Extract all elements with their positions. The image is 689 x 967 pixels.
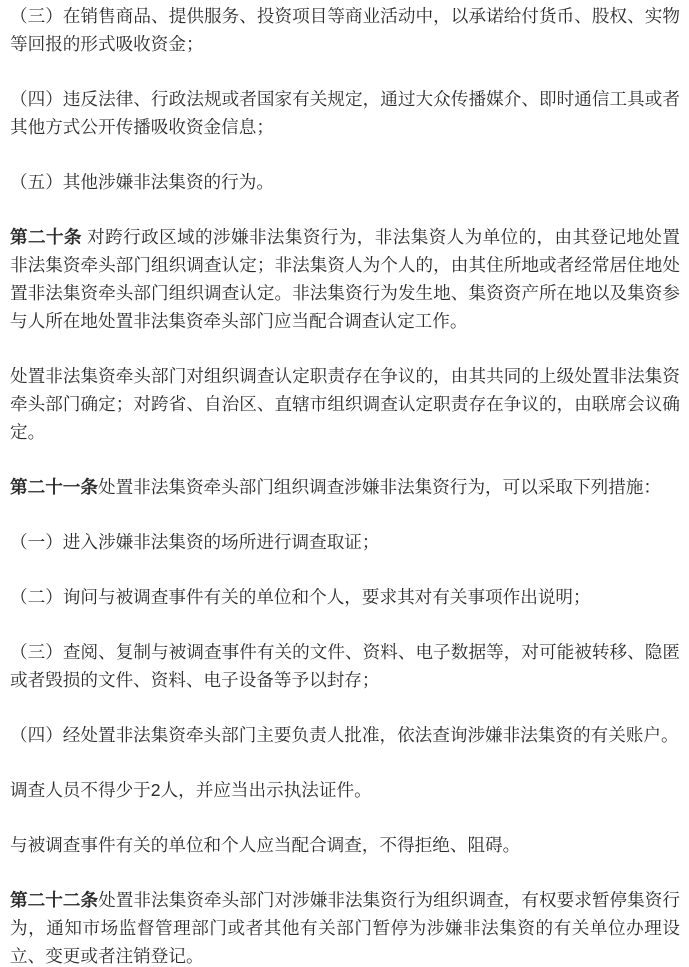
paragraph-text: （二）询问与被调查事件有关的单位和个人，要求其对有关事项作出说明； (10, 587, 591, 607)
article-20-number: 第二十条 (10, 227, 82, 247)
paragraph-text: 调查人员不得少于2人，并应当出示执法证件。 (10, 780, 372, 800)
paragraph-text: 处置非法集资牵头部门对组织调查认定职责存在争议的，由其共同的上级处置非法集资牵头… (10, 366, 680, 442)
article-20-paragraph: 第二十条 对跨行政区域的涉嫌非法集资行为，非法集资人为单位的，由其登记地处置非法… (10, 223, 680, 335)
list-item-1: （一）进入涉嫌非法集资的场所进行调查取证； (10, 528, 680, 556)
list-item-3: （三）在销售商品、提供服务、投资项目等商业活动中，以承诺给付货币、股权、实物等回… (10, 2, 680, 58)
article-21-paragraph-3: 与被调查事件有关的单位和个人应当配合调查，不得拒绝、阻碍。 (10, 831, 680, 859)
article-20-paragraph-2: 处置非法集资牵头部门对组织调查认定职责存在争议的，由其共同的上级处置非法集资牵头… (10, 362, 680, 446)
article-22-number: 第二十二条 (10, 890, 98, 910)
article-22-paragraph: 第二十二条处置非法集资牵头部门对涉嫌非法集资行为组织调查，有权要求暂停集资行为，… (10, 886, 680, 967)
paragraph-text: （一）进入涉嫌非法集资的场所进行调查取证； (10, 532, 379, 552)
paragraph-text: （四）经处置非法集资牵头部门主要负责人批准，依法查询涉嫌非法集资的有关账户。 (10, 725, 679, 745)
paragraph-text: 对跨行政区域的涉嫌非法集资行为，非法集资人为单位的，由其登记地处置非法集资牵头部… (10, 227, 680, 331)
paragraph-text: 处置非法集资牵头部门组织调查涉嫌非法集资行为，可以采取下列措施： (98, 477, 661, 497)
document-body: （三）在销售商品、提供服务、投资项目等商业活动中，以承诺给付货币、股权、实物等回… (0, 0, 689, 967)
article-21-number: 第二十一条 (10, 477, 98, 497)
article-21-paragraph-2: 调查人员不得少于2人，并应当出示执法证件。 (10, 776, 680, 804)
list-item-2: （二）询问与被调查事件有关的单位和个人，要求其对有关事项作出说明； (10, 583, 680, 611)
list-item-3b: （三）查阅、复制与被调查事件有关的文件、资料、电子数据等，对可能被转移、隐匿或者… (10, 638, 680, 694)
list-item-4b: （四）经处置非法集资牵头部门主要负责人批准，依法查询涉嫌非法集资的有关账户。 (10, 721, 680, 749)
paragraph-text: （四）违反法律、行政法规或者国家有关规定，通过大众传播媒介、即时通信工具或者其他… (10, 89, 680, 137)
list-item-5: （五）其他涉嫌非法集资的行为。 (10, 168, 680, 196)
article-21-paragraph: 第二十一条处置非法集资牵头部门组织调查涉嫌非法集资行为，可以采取下列措施： (10, 473, 680, 501)
paragraph-text: （三）在销售商品、提供服务、投资项目等商业活动中，以承诺给付货币、股权、实物等回… (10, 6, 680, 54)
list-item-4: （四）违反法律、行政法规或者国家有关规定，通过大众传播媒介、即时通信工具或者其他… (10, 85, 680, 141)
paragraph-text: 与被调查事件有关的单位和个人应当配合调查，不得拒绝、阻碍。 (10, 835, 520, 855)
paragraph-text: （三）查阅、复制与被调查事件有关的文件、资料、电子数据等，对可能被转移、隐匿或者… (10, 642, 680, 690)
paragraph-text: （五）其他涉嫌非法集资的行为。 (10, 172, 274, 192)
paragraph-text: 处置非法集资牵头部门对涉嫌非法集资行为组织调查，有权要求暂停集资行为，通知市场监… (10, 890, 680, 966)
